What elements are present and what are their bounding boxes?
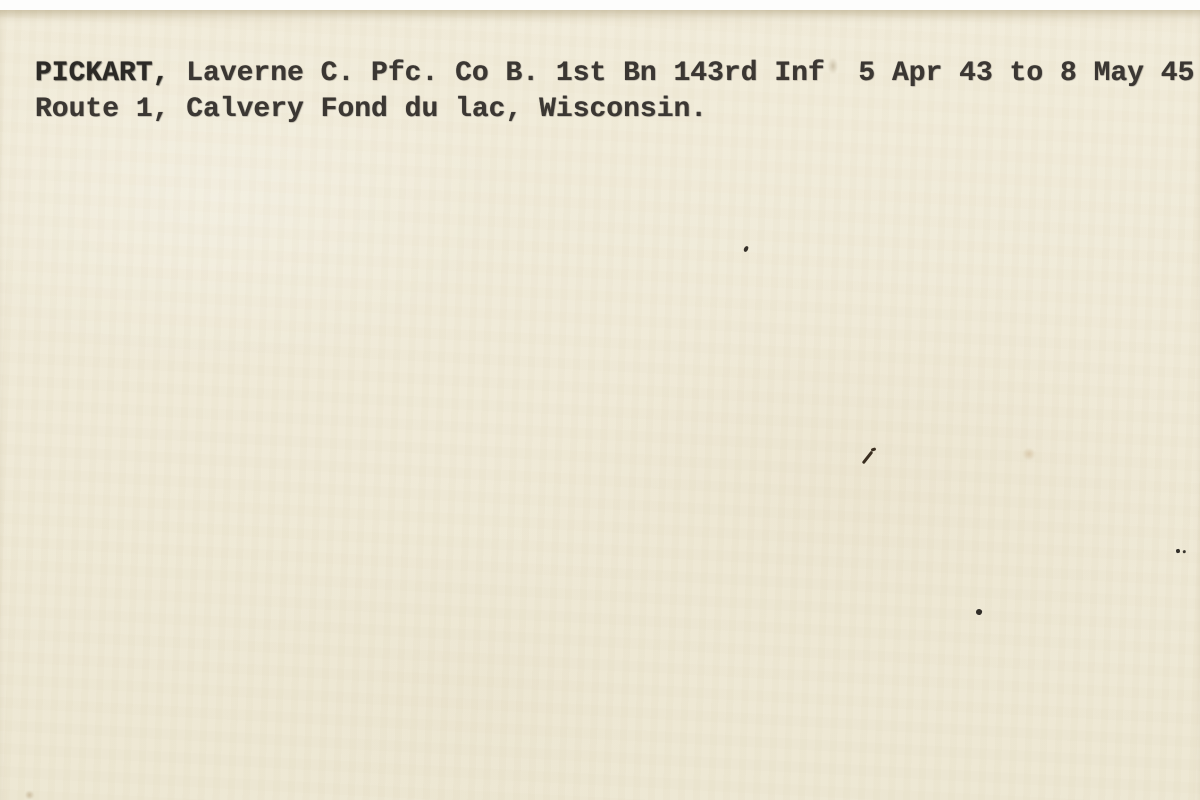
typed-line-2-address: Route 1, Calvery Fond du lac, Wisconsin. bbox=[35, 92, 1200, 128]
ink-slash-mark bbox=[860, 448, 876, 466]
typed-line-1: PICKART, Laverne C. Pfc. Co B. 1st Bn 14… bbox=[35, 56, 1200, 92]
scan-top-edge bbox=[0, 0, 1200, 10]
ghost-character-smudge bbox=[825, 54, 841, 78]
typed-text-block: PICKART, Laverne C. Pfc. Co B. 1st Bn 14… bbox=[35, 56, 1200, 128]
ink-squiggle-mark bbox=[1176, 548, 1188, 556]
surname-text: PICKART, bbox=[35, 58, 169, 89]
line1-service-record-text: Laverne C. Pfc. Co B. 1st Bn 143rd Inf 5… bbox=[169, 58, 1194, 89]
scanned-card: PICKART, Laverne C. Pfc. Co B. 1st Bn 14… bbox=[0, 0, 1200, 800]
faint-smudge bbox=[1022, 448, 1036, 460]
index-card-paper: PICKART, Laverne C. Pfc. Co B. 1st Bn 14… bbox=[0, 10, 1200, 800]
ink-speck bbox=[743, 246, 749, 253]
paper-grain-texture bbox=[0, 10, 1200, 800]
faint-smudge bbox=[24, 791, 35, 799]
ink-speck bbox=[975, 608, 983, 616]
